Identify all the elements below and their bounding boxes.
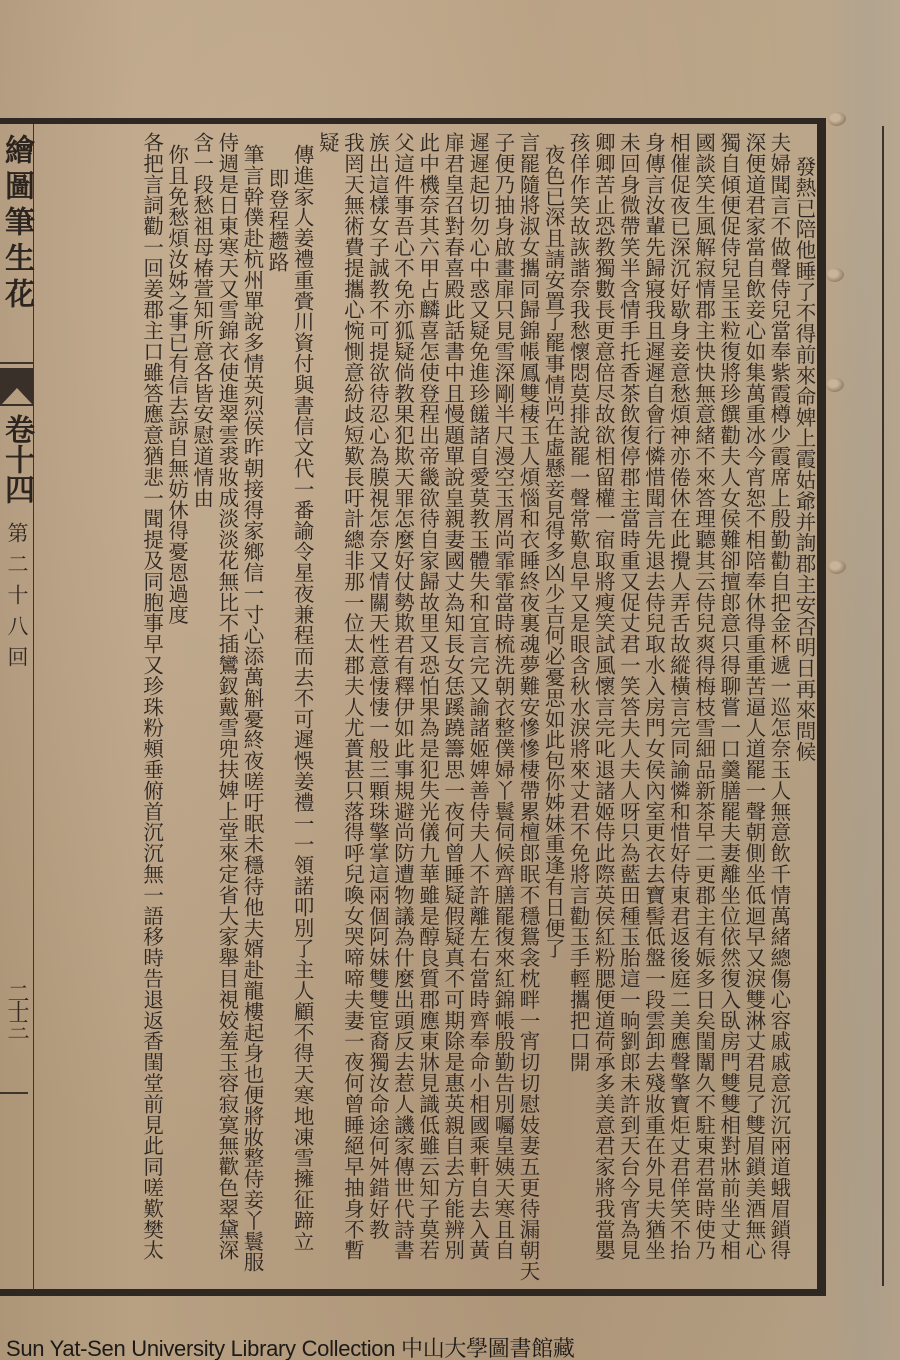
paper-damage <box>826 268 844 282</box>
text-column: 族出這樣女子誠教不可提欲待忍心為膜視怎奈又情關天性意悽悽一般三顆珠擎掌這兩個阿妹… <box>364 132 389 1290</box>
text-column: 獨自傾便促侍兒呈玉粒復將珍饌勸夫人女侯難卻擅郎意只得聊嘗一口羹膳罷夫妻離坐位依然… <box>716 132 741 1290</box>
text-column: 國談笑生風解寂情郡主快快無意緒不來答理聽其云侍兒爽得梅枝雪細品新茶早二更郡主有娠… <box>691 132 716 1290</box>
text-column: 侍週是日東寒天又雪錦衣使進翠雲裘妝成淡淡花無比不插鸞釵戴雪兜扶婢上堂來定省大家舉… <box>214 132 239 1290</box>
text-body: 發熱已陪他睡了不得前來命婢上霞姑爺并詢郡主安否明日再來問候夫婦聞言不做聲侍兒當奉… <box>36 132 816 1290</box>
border-inner-line <box>882 126 884 1286</box>
text-column: 發熱已陪他睡了不得前來命婢上霞姑爺并詢郡主安否明日再來問候 <box>791 132 816 1290</box>
text-column: 夫婦聞言不做聲侍兒當奉紫霞樽少霞席上殷勤勸自把金杯遞一巡怎奈玉人無意飲千情萬緒總… <box>766 132 791 1290</box>
page-number-divider <box>0 1092 28 1094</box>
fishtail-divider <box>0 362 33 364</box>
text-column: 此中機奈其六甲占麟喜怎使登程出帝畿欲待自家歸故里又恐怕果為是犯失光儀九華雖是醇良… <box>415 132 440 1290</box>
center-margin-banxin: 繪圖筆生花 卷十四 第二十八回 二十三 <box>0 124 34 1290</box>
text-column: 深便道君家當自飲妾心如集萬重冰今宵恕不相陪奉休得重重苦逼人道罷一聲朝側坐低迴早又… <box>741 132 766 1290</box>
text-column: 遲遲起切勿心中惑又疑免進珍饈諸自愛莫教玉體失和宜言完又諭諸姬婢善侍夫人不許離左右… <box>465 132 490 1290</box>
page-number: 二十三 <box>0 982 33 1036</box>
chapter-label: 第二十八回 <box>4 522 30 677</box>
text-column: 扉君皇召對春喜殿此話書中且慢題單說皇親妻國丈為知長女恁蹊蹺籌思一夜何曾睡疑假疑真… <box>440 132 465 1290</box>
text-column: 筆言幹僕赴杭州單說多情英烈侯昨朝接得家鄉信一寸心添萬斛憂終夜嗟吁眠未穩待他夫婿赴… <box>239 132 264 1290</box>
text-column: 你且免愁煩汝姊之事已有信去諒自無妨休得憂恩過度 <box>164 132 189 1290</box>
page-edge <box>830 0 900 1360</box>
paper-damage <box>828 560 846 574</box>
text-column: 孩佯作笑故詼諧奈我愁懷悶莫排說罷一聲常歎息早又是眼含秋水淚將來丈君不免將言勸玉手… <box>565 132 590 1290</box>
text-column: 身傳言汝輩先歸寢我且遲遲自會行憐惜聞言先退去侍兒取水入房門女侯內室更衣去寶髻低盤… <box>640 132 665 1290</box>
text-column: 含一段愁祖母椿萱知所意各皆安慰道情由 <box>189 132 214 1290</box>
text-column: 疑 <box>314 132 339 1290</box>
text-column: 相催促夜已深沉好歇身妾意愁煩神亦倦休在此攪人弄舌故縱橫言完同諭憐和惜好侍東君返後… <box>665 132 690 1290</box>
library-caption: Sun Yat-Sen University Library Collectio… <box>6 1332 575 1360</box>
paper-damage <box>826 378 844 392</box>
text-column: 卿卿苦止恐教獨數長更意倍尽故欲相留權一宿取將瘦笑試風懷言完叱退諸姬侍此際英侯紅粉… <box>590 132 615 1290</box>
text-column: 未回身微帶笑半含情手托香茶飲復停郡主當時重又促丈君一笑答夫人夫人呀只為藍田種玉胎… <box>615 132 640 1290</box>
text-column: 各把言詞勸一回姜郡主口雖答應意猶悲一聞提及同胞事早又珍珠粉頰垂俯首沉沉無一語移時… <box>138 132 163 1290</box>
book-title: 繪圖筆生花 <box>0 134 33 314</box>
text-column: 夜色已深且請安置了罷事情尚在虛懸妾見得多凶少吉何必憂思如此包你姊妹重逢有日便了 <box>540 132 565 1290</box>
text-column: 父這件事吾心不免亦狐疑倘教果犯欺天罪怎麼好仗勢欺君有釋伊如此事規避尚防遭物議為什… <box>389 132 414 1290</box>
text-column: 傳進家人姜禮重賫川資付與書信文代一番諭令星夜兼程而去不可遲悞姜禮一一領諾叩別了主… <box>289 132 314 1290</box>
text-column: 我罔天無術費提攜心惋惻意紛歧短歎長吁計總非那一位太郡夫人尤蕢甚只落得呼兒喚女哭啼… <box>339 132 364 1290</box>
paper-damage <box>828 112 846 126</box>
volume-label: 卷十四 <box>0 414 33 504</box>
fishtail-ornament-icon <box>0 368 33 406</box>
text-column: 即登程趱路 <box>264 132 289 1290</box>
text-column: 言罷隨將淑女攜同歸錦帳鳳雙棲玉人煩惱和衣睡終夜裏魂夢難安慘慘棲帶累檀郎眠不穩鴛衾… <box>515 132 540 1290</box>
text-column: 子便乃抽身啟畫扉只見雪深剛半尺漫空玉屑尚霏霏當時梳洗朝衣整僕婦丫鬟伺候齊膳罷復來… <box>490 132 515 1290</box>
